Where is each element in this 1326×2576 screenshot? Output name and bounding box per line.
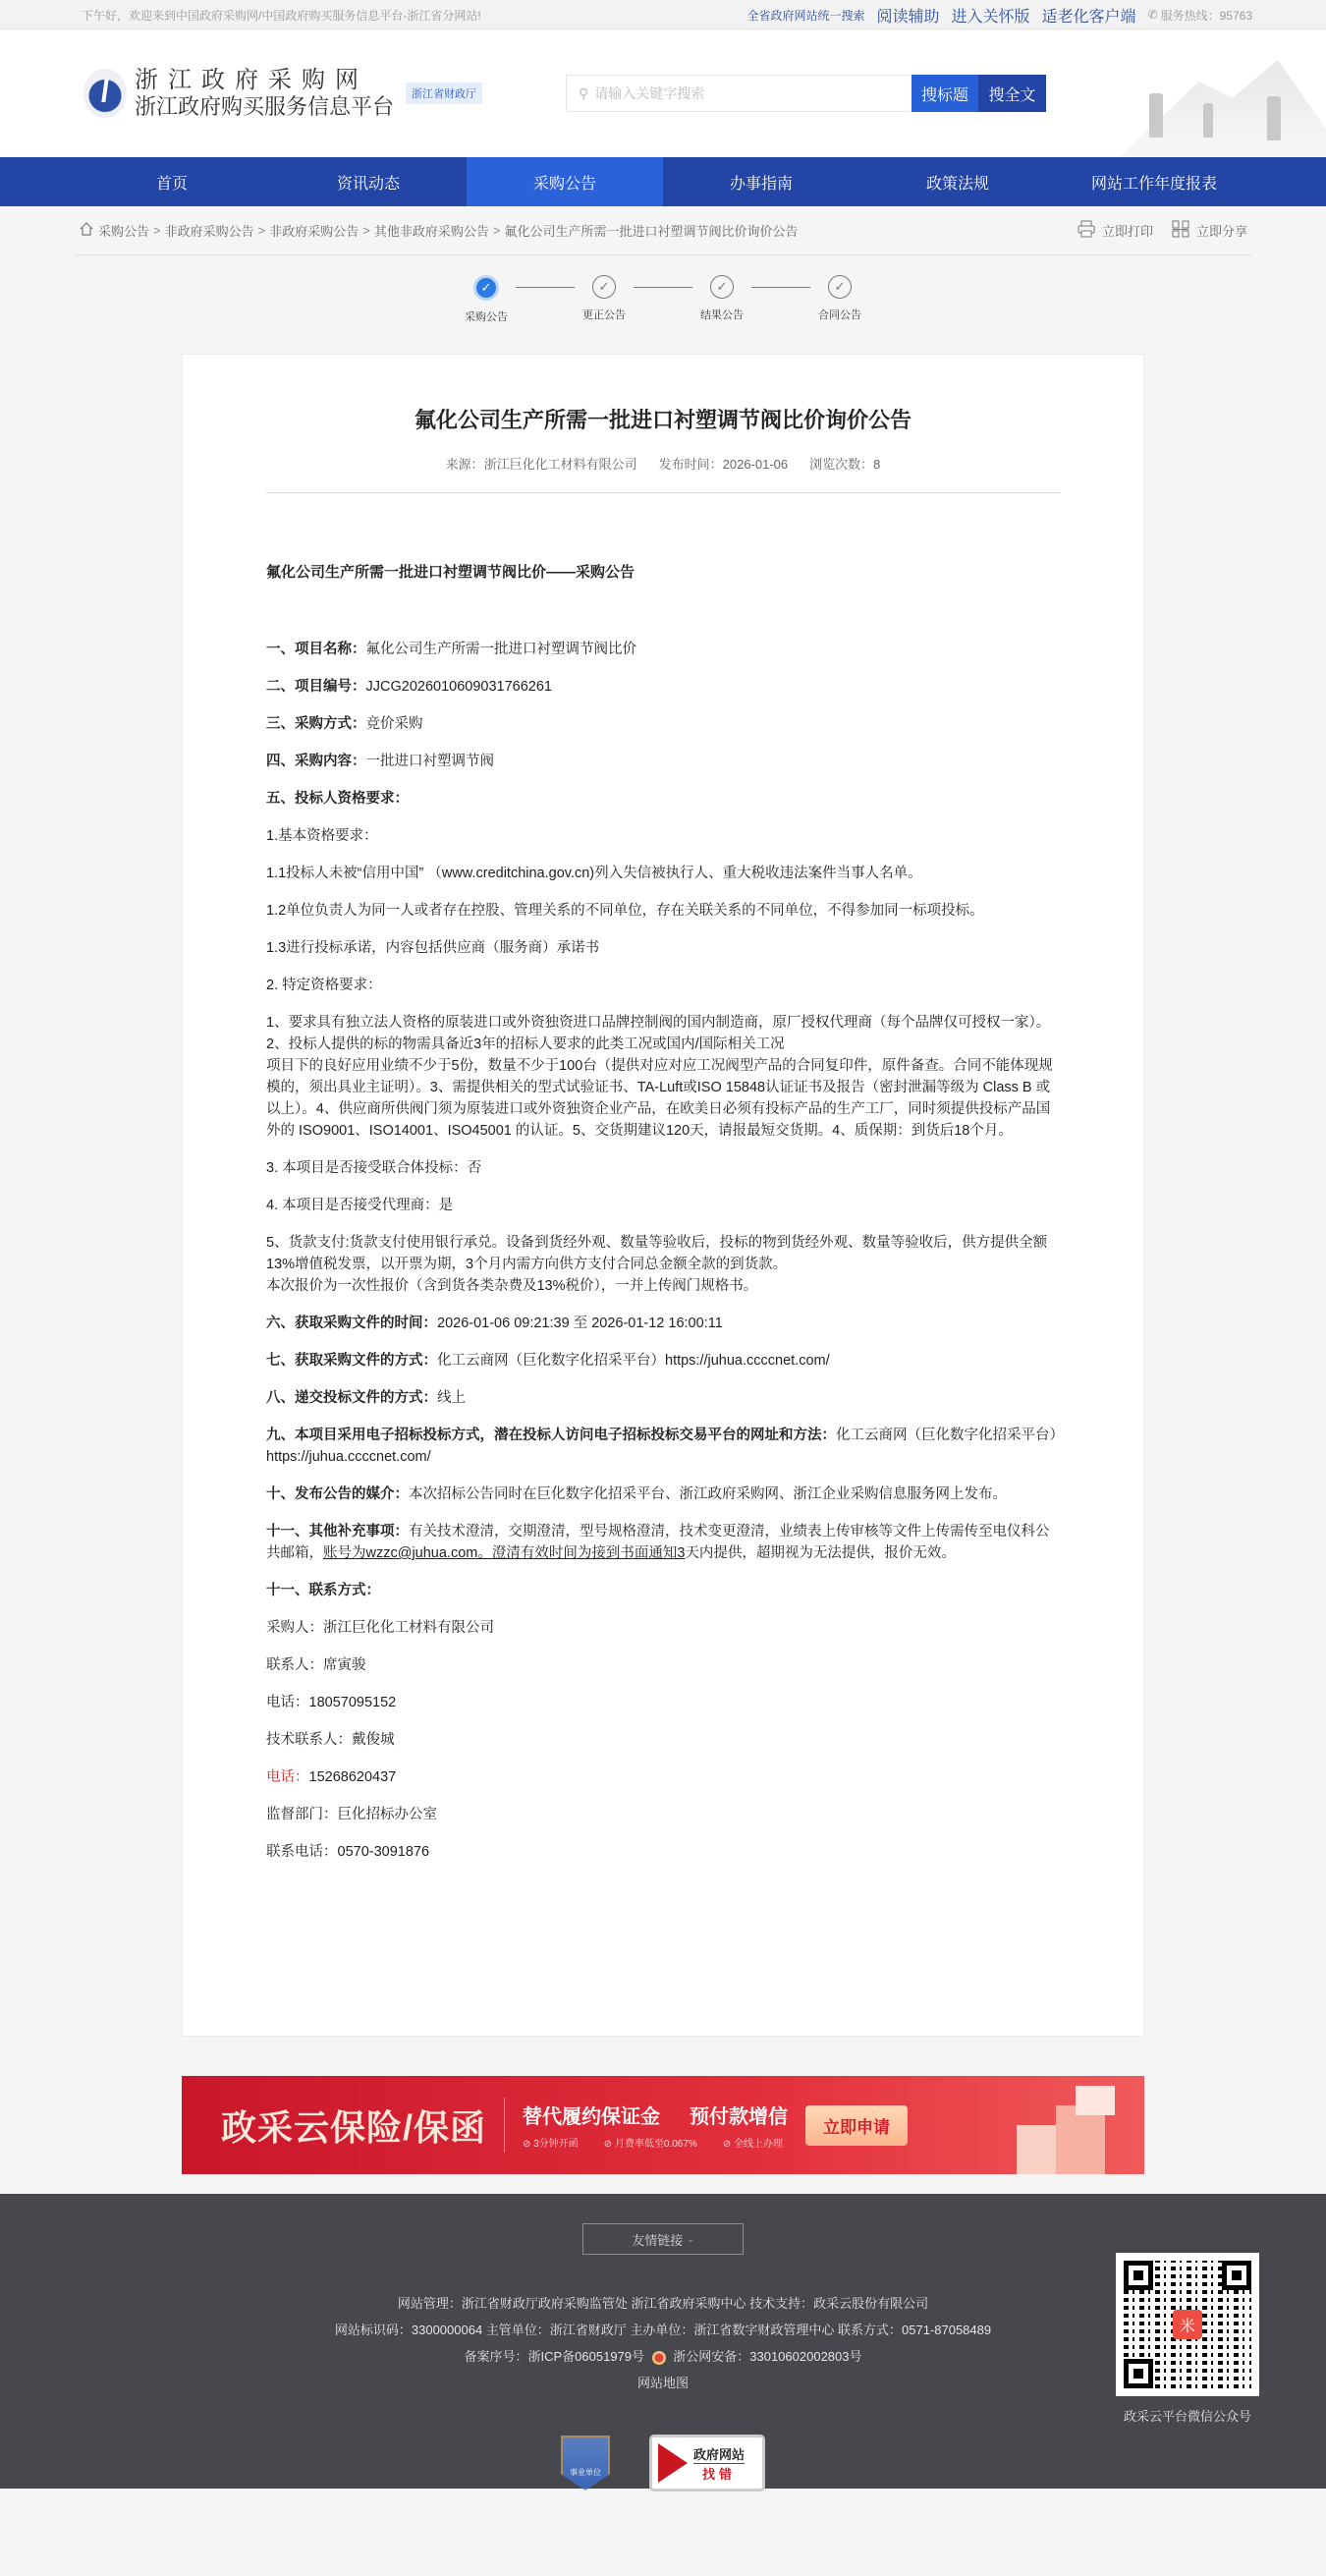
procurement-method: 三、采购方式：竞价采购 [266, 713, 1060, 735]
nav-procurement-notices[interactable]: 采购公告 [467, 157, 663, 206]
unified-search-link[interactable]: 全省政府网站统一搜索 [747, 7, 865, 24]
gov-site-error-report-badge[interactable]: 政府网站 找错 [649, 2435, 765, 2492]
top-bar: 下午好，欢迎来到中国政府采购网/中国政府购买服务信息平台-浙江省分网站! 全省政… [0, 0, 1326, 29]
search-bar: ⚲ 搜标题 搜全文 [566, 75, 1046, 112]
e-bidding-platform: 九、本项目采用电子招标投标方式，潜在投标人访问电子招标投标交易平台的网址和方法：… [266, 1425, 1060, 1468]
article-date: 发布时间：2026-01-06 [659, 454, 789, 473]
header: 浙江政府采购网 浙江政府购买服务信息平台 浙江省财政厅 ⚲ 搜标题 搜全文 [0, 29, 1326, 157]
article-meta: 来源：浙江巨化化工材料有限公司 发布时间：2026-01-06 浏览次数：8 [266, 454, 1060, 493]
bidder-qualifications-heading: 五、投标人资格要求： [266, 788, 1060, 810]
sitemap-link[interactable]: 网站地图 [637, 2376, 689, 2390]
check-icon: ✓ [473, 275, 499, 301]
breadcrumb-current: 氟化公司生产所需一批进口衬塑调节阀比价询价公告 [504, 221, 798, 240]
tech-contact-phone: 电话：15268620437 [266, 1766, 1060, 1788]
notice-article: 氟化公司生产所需一批进口衬塑调节阀比价询价公告 来源：浙江巨化化工材料有限公司 … [182, 354, 1144, 2037]
document-time: 六、获取采购文件的时间：2026-01-06 09:21:39 至 2026-0… [266, 1313, 1060, 1334]
police-badge-icon [652, 2351, 666, 2365]
hotline: ✆ 服务热线：95763 [1148, 7, 1252, 24]
breadcrumb-item[interactable]: 非政府采购公告 [165, 221, 254, 240]
search-icon: ⚲ [579, 85, 588, 102]
tech-contact-person: 技术联系人：戴俊城 [266, 1729, 1060, 1751]
nav-guide[interactable]: 办事指南 [663, 157, 859, 206]
nav-policies[interactable]: 政策法规 [859, 157, 1056, 206]
email-link[interactable]: 账号为wzzc@juhua.com。澄清有效时间为接到书面通知3 [323, 1545, 685, 1561]
publication-media: 十、发布公告的媒介：本次招标公告同时在巨化数字化招采平台、浙江政府采购网、浙江企… [266, 1484, 1060, 1505]
article-body: 氟化公司生产所需一批进口衬塑调节阀比价——采购公告 一、项目名称：氟化公司生产所… [266, 493, 1060, 1863]
article-source: 来源：浙江巨化化工材料有限公司 [446, 454, 637, 473]
site-logo[interactable]: 浙江政府采购网 浙江政府购买服务信息平台 浙江省财政厅 [83, 67, 482, 120]
notice-stage-stepper: ✓ 采购公告 ✓ 更正公告 ✓ 结果公告 ✓ 合同公告 [0, 255, 1326, 354]
qr-share-icon [1171, 219, 1190, 242]
reading-aid-link[interactable]: 阅读辅助 [877, 4, 940, 27]
elderly-client-link[interactable]: 适老化客户端 [1042, 4, 1136, 27]
search-title-button[interactable]: 搜标题 [912, 75, 978, 112]
supervisor-dept: 监督部门：巨化招标办公室 [266, 1804, 1060, 1825]
banner-feature: ⊘ 月费率低至0.067% [604, 2135, 697, 2150]
banner-feature: ⊘ 全线上办理 [723, 2135, 783, 2150]
breadcrumb-item[interactable]: 采购公告 [98, 221, 149, 240]
main-nav: 首页 资讯动态 采购公告 办事指南 政策法规 网站工作年度报表 [0, 157, 1326, 206]
nav-annual-report[interactable]: 网站工作年度报表 [1056, 157, 1252, 206]
care-version-link[interactable]: 进入关怀版 [952, 4, 1030, 27]
step-result-notice[interactable]: ✓ 结果公告 [692, 275, 751, 322]
nav-news[interactable]: 资讯动态 [270, 157, 467, 206]
qualification-1-2: 1.2单位负责人为同一人或者存在控股、管理关系的不同单位，存在关联关系的不同单位… [266, 900, 1060, 922]
supervisor-phone: 联系电话：0570-3091876 [266, 1841, 1060, 1863]
submission-method: 八、递交投标文件的方式：线上 [266, 1387, 1060, 1409]
banner-illustration [958, 2086, 1134, 2174]
banner-headline: 政采云保险/保函 [221, 2100, 486, 2151]
qualification-1-3: 1.3进行投标承诺，内容包括供应商（服务商）承诺书 [266, 937, 1060, 959]
footer: 友情链接 ⌄ 网站管理：浙江省财政厅政府采购监管处 浙江省政府采购中心 技术支持… [0, 2194, 1326, 2489]
banner-sub2: 预付款增信 [690, 2100, 788, 2129]
nav-home[interactable]: 首页 [74, 157, 270, 206]
breadcrumb: 采购公告 > 非政府采购公告 > 非政府采购公告 > 其他非政府采购公告 > 氟… [79, 221, 798, 240]
breadcrumb-item[interactable]: 非政府采购公告 [269, 221, 359, 240]
search-fulltext-button[interactable]: 搜全文 [978, 75, 1046, 112]
basic-qualifications: 1.基本资格要求： [266, 825, 1060, 847]
footer-badges: 事业单位 政府网站 找错 [0, 2435, 1326, 2492]
emblem-icon [83, 69, 127, 118]
breadcrumb-bar: 采购公告 > 非政府采购公告 > 非政府采购公告 > 其他非政府采购公告 > 氟… [74, 206, 1252, 255]
step-connector [634, 287, 692, 288]
department-tag: 浙江省财政厅 [406, 83, 482, 104]
printer-icon [1077, 219, 1096, 242]
logo-title: 浙江政府采购网 [135, 67, 394, 94]
check-icon: ✓ [828, 275, 852, 299]
check-icon: ✓ [710, 275, 734, 299]
icp-link[interactable]: 备案序号：浙ICP备06051979号 [465, 2349, 645, 2364]
payment-terms: 5、货款支付:货款支付使用银行承兑。设备到货经外观、数量等验收后，投标的物到货经… [266, 1232, 1060, 1297]
step-procurement-notice[interactable]: ✓ 采购公告 [457, 275, 516, 324]
zcy-logo-icon: 米 [1173, 2310, 1202, 2339]
phone-icon: ✆ [1148, 8, 1158, 22]
banner-feature: ⊘ 3分钟开函 [523, 2135, 579, 2150]
wechat-qr: 米 政采云平台微信公众号 [1116, 2253, 1259, 2425]
share-button[interactable]: 立即分享 [1171, 219, 1247, 242]
article-title: 氟化公司生产所需一批进口衬塑调节阀比价询价公告 [266, 404, 1060, 434]
qr-code-image: 米 [1116, 2253, 1259, 2396]
step-connector [751, 287, 810, 288]
chevron-down-icon: ⌄ [687, 2234, 694, 2245]
police-filing-link[interactable]: 浙公网安备：33010602002803号 [673, 2349, 861, 2364]
body-heading: 氟化公司生产所需一批进口衬塑调节阀比价——采购公告 [266, 562, 1060, 584]
friend-links-dropdown[interactable]: 友情链接 ⌄ [582, 2223, 744, 2255]
joint-bid-allowed: 3. 本项目是否接受联合体投标：否 [266, 1157, 1060, 1179]
insurance-guarantee-banner[interactable]: 政采云保险/保函 替代履约保证金 预付款增信 ⊘ 3分钟开函 ⊘ 月费率低至0.… [182, 2076, 1144, 2174]
procurement-content: 四、采购内容：一批进口衬塑调节阀 [266, 751, 1060, 772]
qr-caption: 政采云平台微信公众号 [1116, 2406, 1259, 2425]
agent-allowed: 4. 本项目是否接受代理商：是 [266, 1195, 1060, 1216]
step-connector [516, 287, 575, 288]
greeting-text: 下午好，欢迎来到中国政府采购网/中国政府购买服务信息平台-浙江省分网站! [82, 7, 481, 24]
logo-subtitle: 浙江政府购买服务信息平台 [135, 94, 394, 120]
document-method: 七、获取采购文件的方式：化工云商网（巨化数字化招采平台）https://juhu… [266, 1350, 1060, 1372]
banner-sub1: 替代履约保证金 [523, 2100, 660, 2129]
west-lake-scenery-decoration [1120, 29, 1326, 157]
print-button[interactable]: 立即打印 [1077, 219, 1153, 242]
article-views: 浏览次数：8 [809, 454, 880, 473]
project-name: 一、项目名称：氟化公司生产所需一批进口衬塑调节阀比价 [266, 639, 1060, 660]
contact-heading: 十一、联系方式： [266, 1580, 1060, 1601]
contact-phone: 电话：18057095152 [266, 1692, 1060, 1713]
step-correction-notice[interactable]: ✓ 更正公告 [575, 275, 634, 322]
breadcrumb-item[interactable]: 其他非政府采购公告 [374, 221, 489, 240]
contact-buyer: 采购人：浙江巨化化工材料有限公司 [266, 1617, 1060, 1639]
project-number: 二、项目编号：JJCG2026010609031766261 [266, 676, 1060, 698]
contact-person: 联系人：席寅骏 [266, 1654, 1060, 1676]
apply-now-button[interactable]: 立即申请 [805, 2105, 908, 2146]
home-icon[interactable] [79, 221, 94, 240]
supplementary-notes: 十一、其他补充事项：有关技术澄清，交期澄清，型号规格澄清，技术变更澄清，业绩表上… [266, 1521, 1060, 1564]
public-institution-badge[interactable]: 事业单位 [561, 2436, 610, 2491]
qualification-1-1: 1.1投标人未被“信用中国” （www.creditchina.gov.cn)列… [266, 863, 1060, 884]
magnifier-icon [658, 2443, 688, 2483]
special-qualifications-text: 1、要求具有独立法人资格的原装进口或外资独资进口品牌控制阀的国内制造商，原厂授权… [266, 1012, 1060, 1142]
step-contract-notice[interactable]: ✓ 合同公告 [810, 275, 869, 322]
special-qualifications: 2. 特定资格要求： [266, 975, 1060, 996]
search-input[interactable] [594, 85, 889, 101]
top-links: 全省政府网站统一搜索 阅读辅助 进入关怀版 适老化客户端 ✆ 服务热线：9576… [747, 4, 1253, 27]
check-icon: ✓ [592, 275, 616, 299]
